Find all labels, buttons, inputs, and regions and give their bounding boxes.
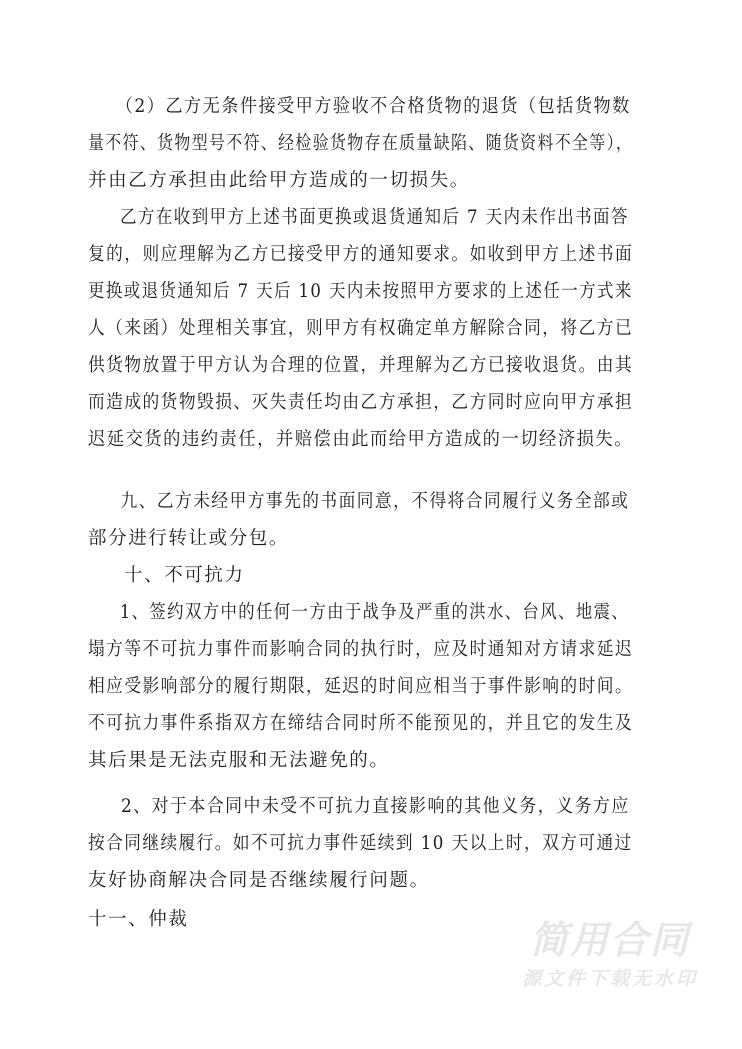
text-line: 供货物放置于甲方认为合理的位置，并理解为乙方已接收退货。由其: [88, 354, 633, 378]
text-line: 1、签约双方中的任何一方由于战争及严重的洪水、台风、地震、: [88, 601, 629, 625]
text-line: 而造成的货物毁损、灭失责任均由乙方承担，乙方同时应向甲方承担: [88, 391, 633, 415]
section-heading: 十一、仲裁: [88, 908, 189, 932]
text-line: 塌方等不可抗力事件而影响合同的执行时，应及时通知对方请求延迟: [88, 638, 633, 662]
document-page: （2）乙方无条件接受甲方验收不合格货物的退货（包括货物数 量不符、货物型号不符、…: [0, 0, 742, 1049]
text-line: 乙方在收到甲方上述书面更换或退货通知后 7 天内未作出书面答: [88, 206, 629, 230]
text-line: 复的，则应理解为乙方已接受甲方的通知要求。如收到甲方上述书面: [88, 243, 633, 267]
section-heading: 十、不可抗力: [88, 564, 245, 588]
text-line: 迟延交货的违约责任，并赔偿由此而给甲方造成的一切经济损失。: [88, 428, 633, 452]
text-line: 并由乙方承担由此给甲方造成的一切损失。: [88, 169, 470, 193]
watermark-subtitle: 源文件下载无水印: [510, 966, 710, 992]
text-line: 2、对于本合同中未受不可抗力直接影响的其他义务，义务方应: [88, 795, 630, 819]
text-line: 按合同继续履行。如不可抗力事件延续到 10 天以上时，双方可通过: [88, 832, 633, 856]
text-line: 其后果是无法克服和无法避免的。: [88, 749, 390, 773]
watermark-title: 简用合同: [510, 918, 710, 962]
text-line: 相应受影响部分的履行期限，延迟的时间应相当于事件影响的时间。: [88, 675, 633, 699]
text-line: 人（来函）处理相关事宜，则甲方有权确定单方解除合同，将乙方已: [88, 317, 633, 341]
text-line: 友好协商解决合同是否继续履行问题。: [88, 869, 430, 893]
text-line: 不可抗力事件系指双方在缔结合同时所不能预见的，并且它的发生及: [88, 712, 633, 736]
text-line: （2）乙方无条件接受甲方验收不合格货物的退货（包括货物数: [88, 95, 631, 119]
text-line: 更换或退货通知后 7 天后 10 天内未按照甲方要求的上述任一方式来: [88, 280, 633, 304]
text-line: 九、乙方未经甲方事先的书面同意，不得将合同履行义务全部或: [88, 490, 629, 514]
text-line: 量不符、货物型号不符、经检验货物存在质量缺陷、随货资料不全等），: [88, 132, 633, 156]
watermark: 简用合同 源文件下载无水印: [510, 918, 710, 992]
text-line: 部分进行转让或分包。: [88, 527, 289, 551]
